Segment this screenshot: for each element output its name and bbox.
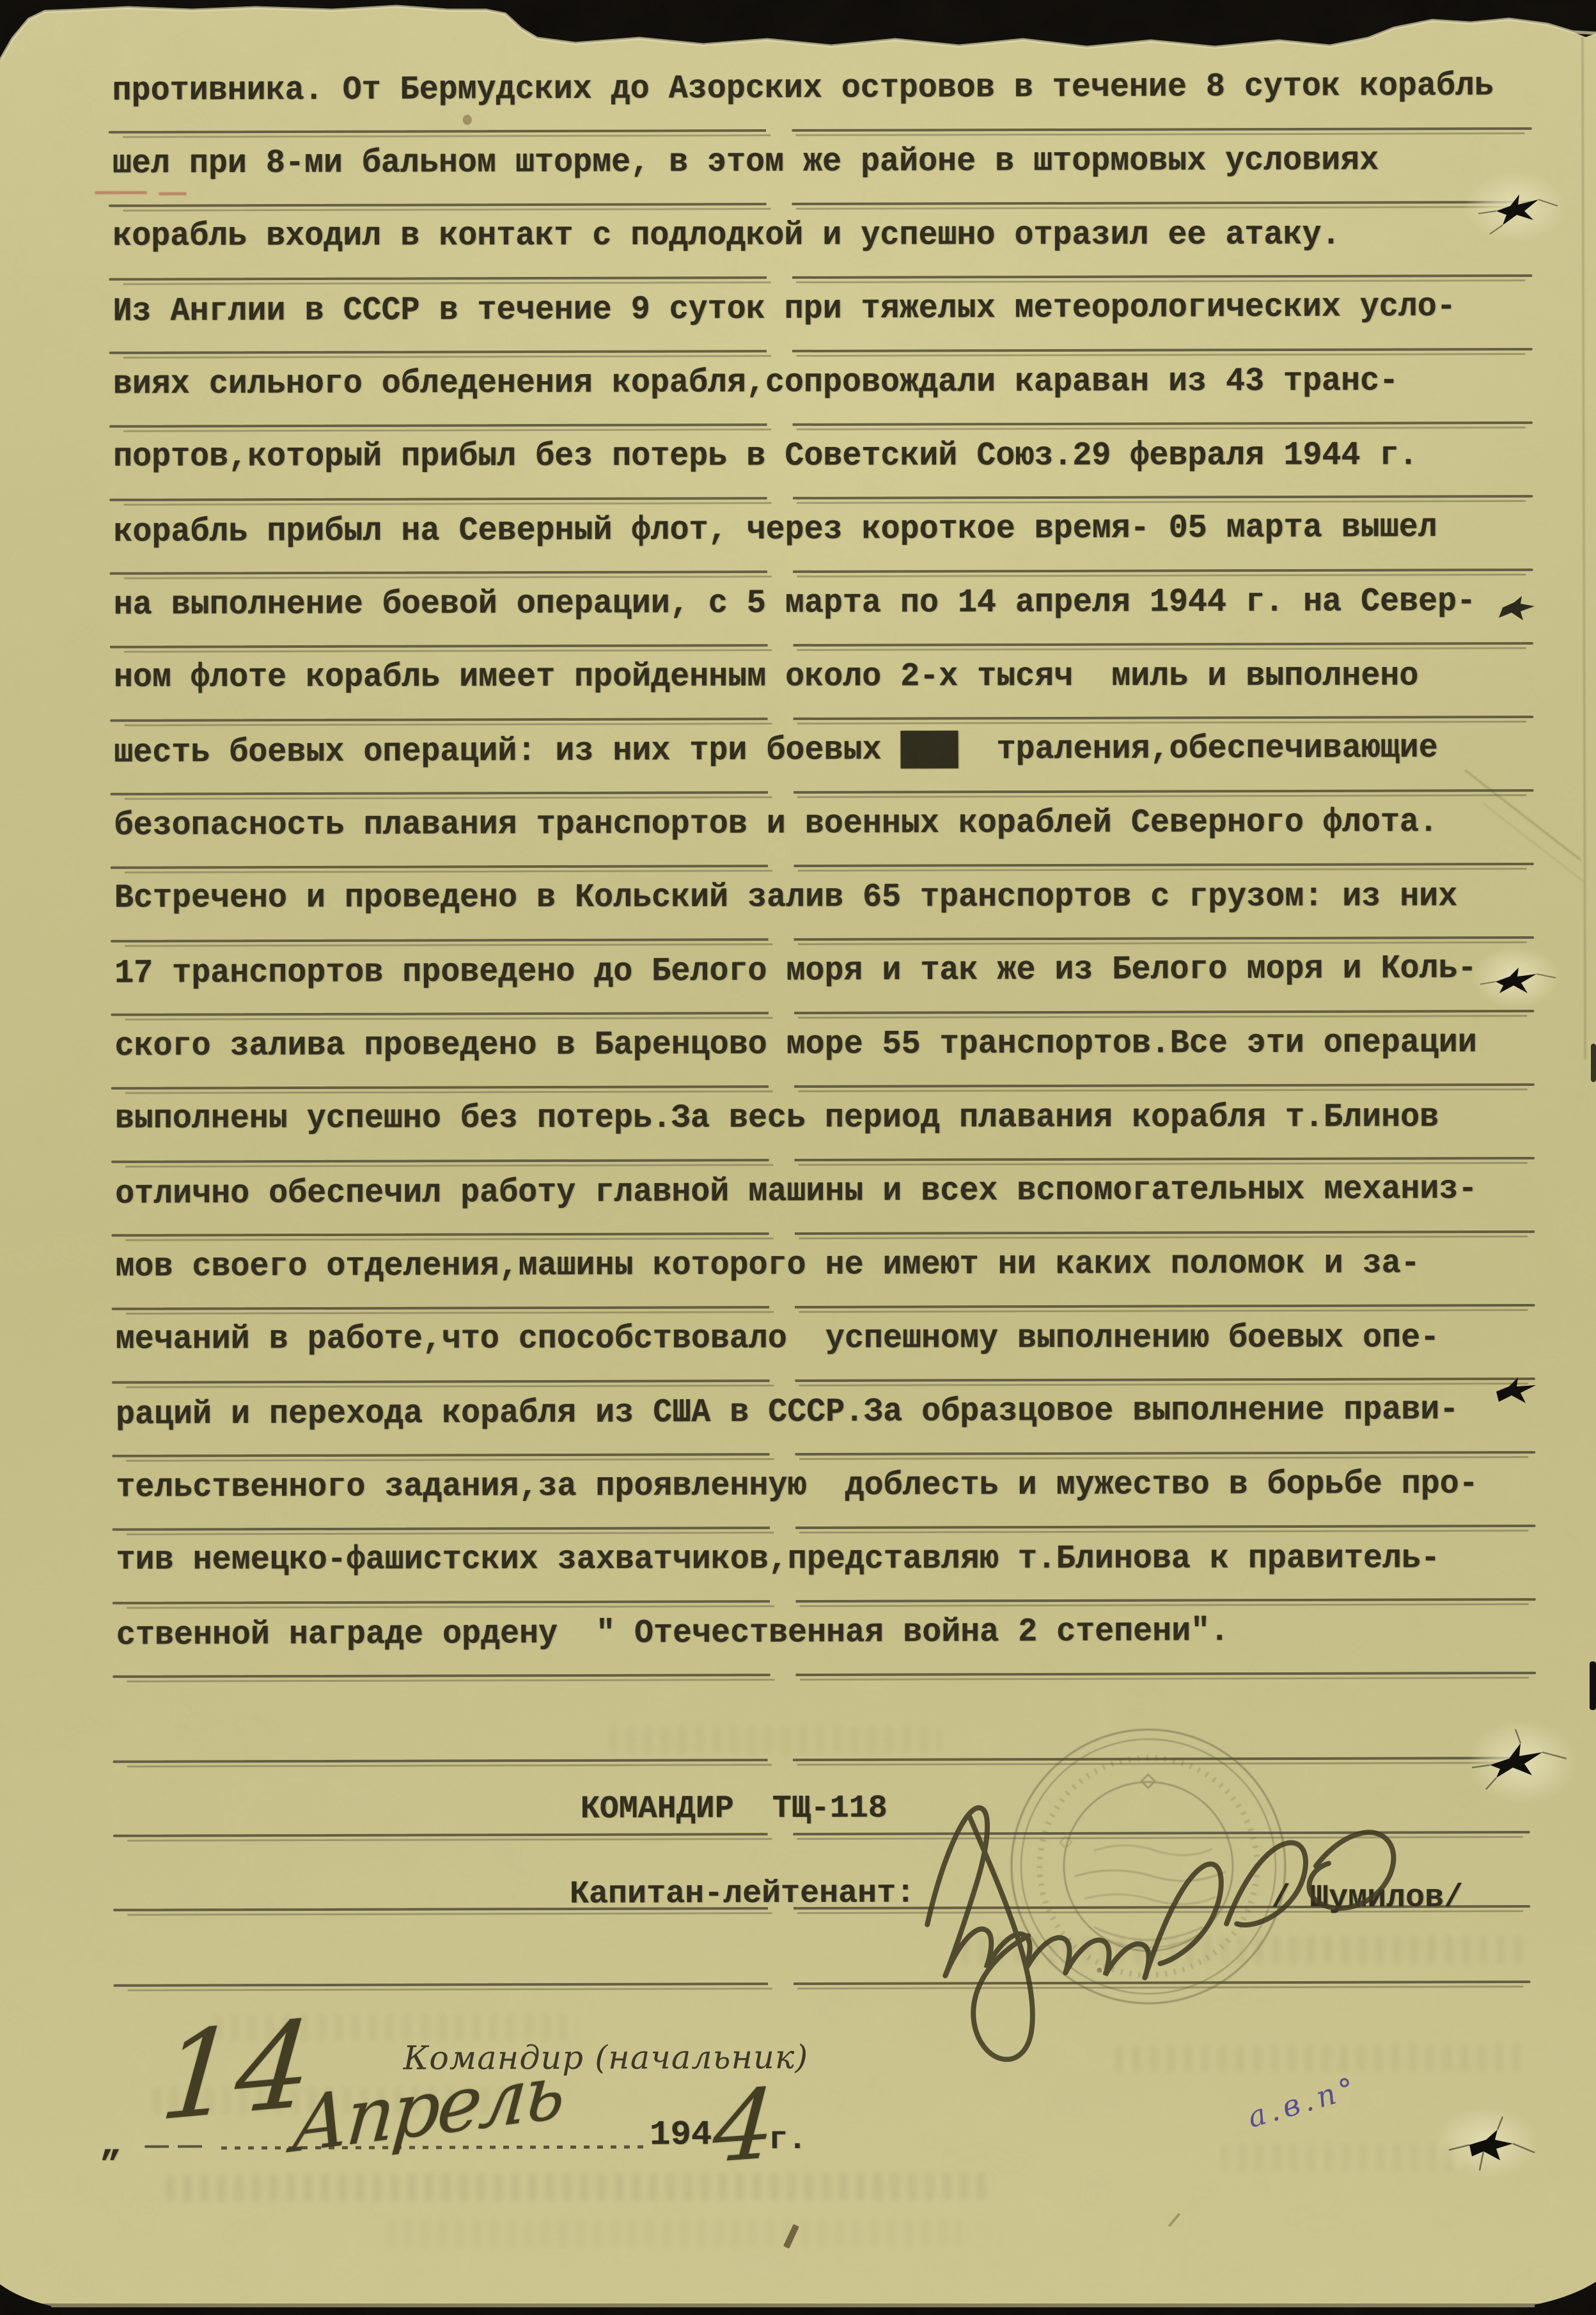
ruled-underline bbox=[110, 716, 1533, 722]
typed-line: Встречено и проведено в Кольский залив 6… bbox=[114, 873, 1529, 950]
typed-line-text: шесть боевых операций: из них три боевых… bbox=[114, 725, 1528, 773]
ruled-underline bbox=[111, 789, 1534, 796]
rank-line: Капитан-лейтенант: bbox=[570, 1876, 915, 1913]
bleedthrough-text bbox=[386, 2220, 962, 2248]
ruled-underline bbox=[111, 1010, 1534, 1016]
typed-line-text: портов,который прибыл без потерь в Совет… bbox=[113, 432, 1528, 476]
typed-line: Из Англии в СССР в течение 9 суток при т… bbox=[113, 285, 1527, 362]
typed-line: раций и перехода корабля из США в СССР.З… bbox=[116, 1388, 1530, 1465]
paper-speck bbox=[1168, 2213, 1180, 2227]
typed-line-text: отлично обеспечил работу главной машины … bbox=[115, 1166, 1529, 1214]
red-pencil-mark bbox=[95, 191, 147, 194]
typed-body: противника. От Бермудских до Азорских ос… bbox=[113, 64, 1531, 1686]
typed-line: выполнены успешно без потерь.За весь пер… bbox=[115, 1094, 1529, 1171]
torn-top-edge bbox=[0, 0, 1596, 96]
typed-line-text: тив немецко-фашистских захватчиков,предс… bbox=[116, 1535, 1531, 1580]
typed-line: корабль входил в контакт с подлодкой и у… bbox=[113, 211, 1527, 288]
torn-hole bbox=[1482, 1369, 1553, 1413]
typed-line: ственной награде ордену " Отечественная … bbox=[116, 1608, 1531, 1686]
typed-line-text: безопасность плавания транспортов и воен… bbox=[114, 799, 1529, 845]
ruled-underline bbox=[111, 1230, 1535, 1237]
handwritten-signature bbox=[893, 1763, 1521, 2123]
scanned-document-page: противника. От Бермудских до Азорских ос… bbox=[0, 0, 1596, 2315]
typed-line: портов,который прибыл без потерь в Совет… bbox=[113, 432, 1528, 509]
ruled-underline bbox=[111, 1083, 1535, 1090]
typed-line-text: Из Англии в СССР в течение 9 суток при т… bbox=[113, 283, 1527, 332]
typed-line: виях сильного обледенения корабля,сопров… bbox=[113, 358, 1528, 436]
dotted-line bbox=[221, 2146, 648, 2150]
typed-line-text: тельственного задания,за проявленную доб… bbox=[116, 1461, 1530, 1507]
typed-line: шел при 8-ми бальном шторме, в этом же р… bbox=[113, 137, 1527, 215]
typed-line: ского залива проведено в Баренцово море … bbox=[114, 1020, 1529, 1097]
typed-line-text: раций и перехода корабля из США в СССР.З… bbox=[116, 1386, 1530, 1434]
typed-line: мов своего отделения,машины которого не … bbox=[115, 1241, 1529, 1318]
torn-hole bbox=[1477, 180, 1560, 238]
typed-line-text: мов своего отделения,машины которого не … bbox=[115, 1240, 1529, 1287]
typed-line: 17 транспортов проведено до Белого моря … bbox=[114, 946, 1529, 1024]
typed-line: мечаний в работе,что способствовало успе… bbox=[116, 1314, 1530, 1392]
ruled-underline bbox=[112, 1451, 1535, 1457]
typed-line: отлично обеспечил работу главной машины … bbox=[115, 1167, 1529, 1244]
document-content: противника. От Бермудских до Азорских ос… bbox=[0, 0, 1596, 2315]
edge-tear-mark bbox=[1590, 1661, 1596, 1710]
torn-hole bbox=[1471, 1727, 1573, 1797]
ruled-underline bbox=[111, 863, 1534, 869]
dash-line bbox=[145, 2145, 208, 2147]
commander-line: КОМАНДИР ТЩ-118 bbox=[581, 1791, 888, 1828]
ruled-underline bbox=[112, 1304, 1535, 1310]
ruled-underline bbox=[111, 1157, 1535, 1163]
open-quote-mark: „ bbox=[100, 2124, 121, 2165]
ruled-underline bbox=[109, 127, 1532, 134]
handwritten-month: Апрель bbox=[289, 2046, 567, 2170]
typed-line-text: ского залива проведено в Баренцово море … bbox=[114, 1019, 1529, 1066]
typed-line-text: Встречено и проведено в Кольский залив 6… bbox=[114, 873, 1529, 918]
ruled-underline bbox=[109, 495, 1533, 501]
ruled-line bbox=[113, 1757, 1529, 1763]
torn-hole bbox=[1444, 2112, 1540, 2176]
torn-hole bbox=[1480, 956, 1557, 1007]
ruled-underline bbox=[109, 421, 1533, 428]
ruled-underline bbox=[113, 1672, 1536, 1678]
ruled-underline bbox=[113, 1598, 1536, 1605]
typed-line: ном флоте корабль имеет пройденным около… bbox=[114, 652, 1528, 730]
ruled-underline bbox=[112, 1377, 1535, 1384]
ruled-underline bbox=[109, 201, 1532, 207]
typed-line-text: 17 транспортов проведено до Белого моря … bbox=[114, 945, 1529, 994]
typed-line-text: мечаний в работе,что способствовало успе… bbox=[116, 1314, 1530, 1359]
bleedthrough-text bbox=[609, 1726, 941, 1754]
typed-line-text: виях сильного обледенения корабля,сопров… bbox=[113, 357, 1528, 404]
bleedthrough-text bbox=[166, 2172, 990, 2201]
edge-tear-mark bbox=[1591, 1044, 1596, 1082]
ruled-underline bbox=[113, 1525, 1536, 1531]
typed-line: корабль прибыл на Северный флот, через к… bbox=[113, 505, 1528, 583]
ruled-underline bbox=[109, 348, 1533, 354]
typed-line-text: корабль входил в контакт с подлодкой и у… bbox=[113, 211, 1527, 256]
ruled-underline bbox=[111, 936, 1534, 943]
torn-hole bbox=[1490, 588, 1547, 627]
typed-line: безопасность плавания транспортов и воен… bbox=[114, 799, 1529, 877]
fold-crease bbox=[1581, 36, 1586, 1060]
typed-line: тельственного задания,за проявленную доб… bbox=[116, 1461, 1530, 1539]
typed-line-text: ственной награде ордену " Отечественная … bbox=[116, 1606, 1531, 1655]
ruled-underline bbox=[110, 569, 1533, 575]
typed-line-text: шел при 8-ми бальном шторме, в этом же р… bbox=[113, 137, 1527, 184]
typed-line-text: ном флоте корабль имеет пройденным около… bbox=[114, 652, 1528, 697]
typed-line: шесть боевых операций: из них три боевых… bbox=[114, 726, 1528, 803]
typed-line-text: на выполнение боевой операции, с 5 марта… bbox=[114, 578, 1528, 625]
typed-line: на выполнение боевой операции, с 5 марта… bbox=[114, 579, 1528, 656]
ruled-underline bbox=[109, 274, 1532, 281]
ruled-underline bbox=[110, 642, 1533, 648]
paper-speck bbox=[1097, 1968, 1102, 1973]
typed-line: тив немецко-фашистских захватчиков,предс… bbox=[116, 1535, 1531, 1612]
year-suffix: г. bbox=[769, 2122, 807, 2158]
red-pencil-mark bbox=[159, 192, 187, 195]
paper-speck bbox=[463, 114, 472, 125]
typed-line-text: выполнены успешно без потерь.За весь пер… bbox=[115, 1094, 1529, 1138]
typed-line-text: корабль прибыл на Северный флот, через к… bbox=[113, 504, 1528, 553]
bottom-edge bbox=[0, 2270, 1596, 2315]
year-typed: 194 bbox=[650, 2115, 712, 2154]
